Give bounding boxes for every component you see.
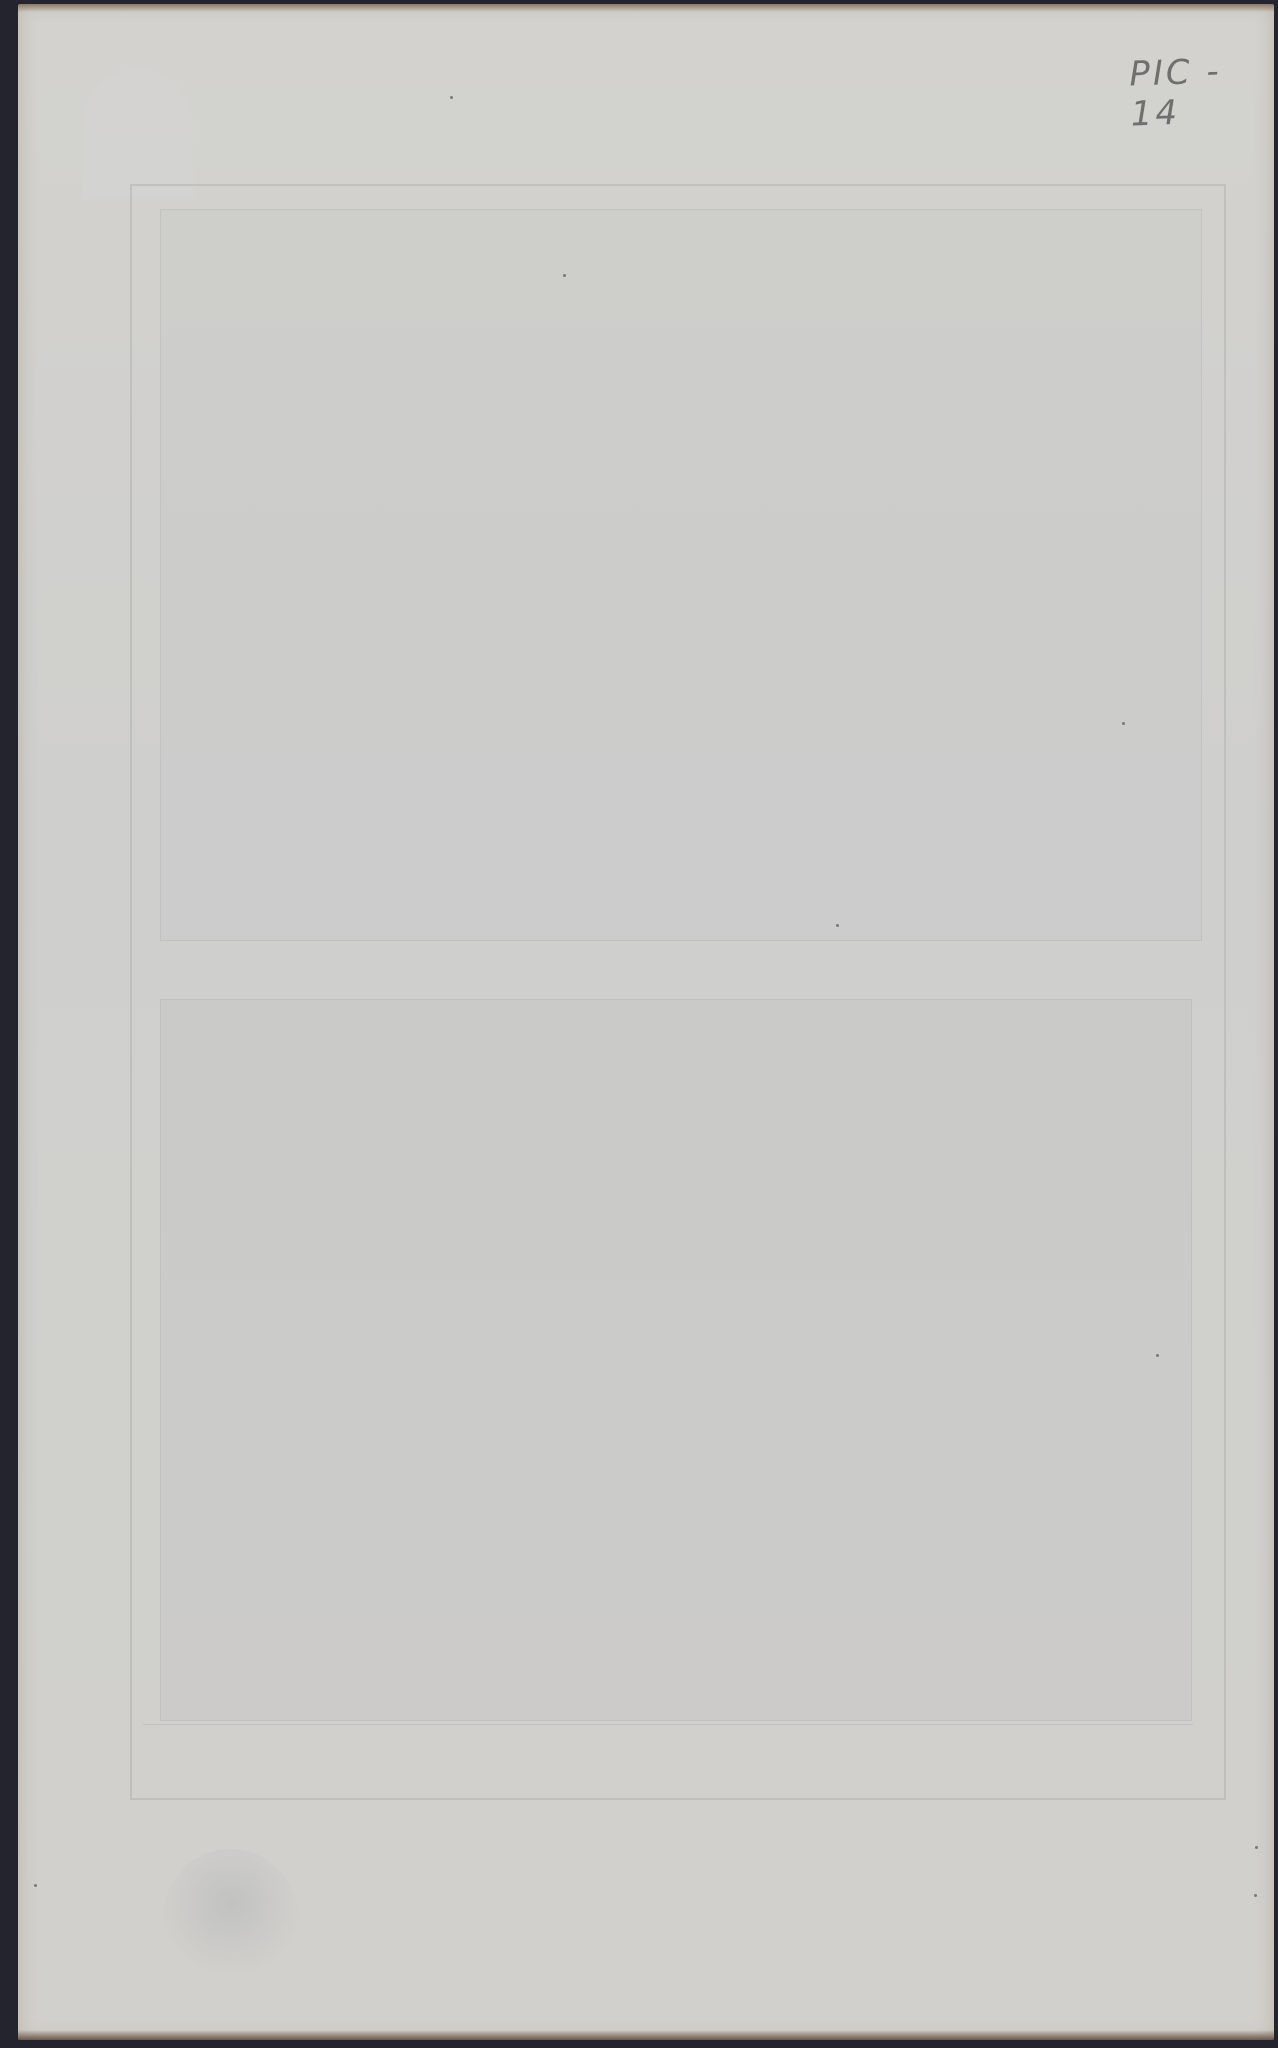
plate-image-top-show-through — [160, 209, 1202, 941]
plate-image-bottom-show-through — [160, 999, 1192, 1721]
paper-speck — [836, 924, 839, 927]
paper-sheet: PIC - 14 — [18, 4, 1274, 2040]
paper-speck — [1156, 1354, 1159, 1357]
paper-speck — [1255, 1846, 1258, 1849]
paper-speck — [34, 1884, 37, 1887]
paper-speck — [1254, 1894, 1257, 1897]
paper-speck — [450, 96, 453, 99]
paper-speck — [563, 274, 566, 277]
paper-speck — [1122, 722, 1125, 725]
corner-ghost-mark — [83, 69, 193, 199]
stamp-show-through — [163, 1849, 298, 1984]
handwritten-label: PIC - 14 — [1129, 50, 1276, 135]
plate-caption-band — [143, 1724, 1193, 1795]
